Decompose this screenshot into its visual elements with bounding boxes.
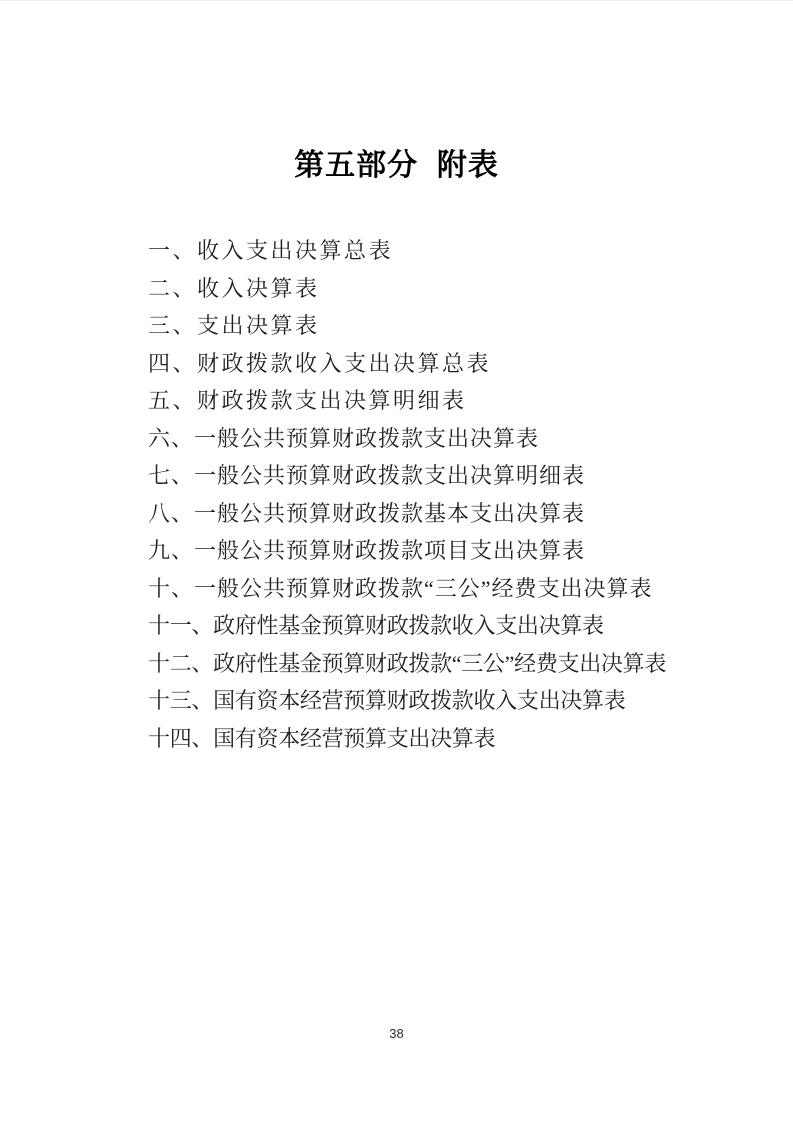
toc-item: 七、一般公共预算财政拨款支出决算明细表 — [148, 457, 753, 495]
toc-item: 四、财政拨款收入支出决算总表 — [148, 345, 753, 383]
page-number: 38 — [0, 1026, 793, 1041]
toc-item: 十四、国有资本经营预算支出决算表 — [148, 720, 753, 758]
document-page: 第五部分 附表 一、收入支出决算总表 二、收入决算表 三、支出决算表 四、财政拨… — [0, 0, 793, 1122]
toc-item: 三、支出决算表 — [148, 307, 753, 345]
toc-item: 十一、政府性基金预算财政拨款收入支出决算表 — [148, 607, 753, 645]
toc-item: 五、财政拨款支出决算明细表 — [148, 382, 753, 420]
toc-item: 九、一般公共预算财政拨款项目支出决算表 — [148, 532, 753, 570]
toc-item: 十二、政府性基金预算财政拨款“三公”经费支出决算表 — [148, 645, 753, 683]
toc-item: 六、一般公共预算财政拨款支出决算表 — [148, 420, 753, 458]
page-title: 第五部分 附表 — [0, 148, 793, 184]
toc-item: 十、一般公共预算财政拨款“三公”经费支出决算表 — [148, 570, 753, 608]
toc-item: 一、收入支出决算总表 — [148, 232, 753, 270]
toc-item: 八、一般公共预算财政拨款基本支出决算表 — [148, 495, 753, 533]
table-of-contents: 一、收入支出决算总表 二、收入决算表 三、支出决算表 四、财政拨款收入支出决算总… — [148, 232, 753, 757]
toc-item: 二、收入决算表 — [148, 270, 753, 308]
toc-item: 十三、国有资本经营预算财政拨款收入支出决算表 — [148, 682, 753, 720]
